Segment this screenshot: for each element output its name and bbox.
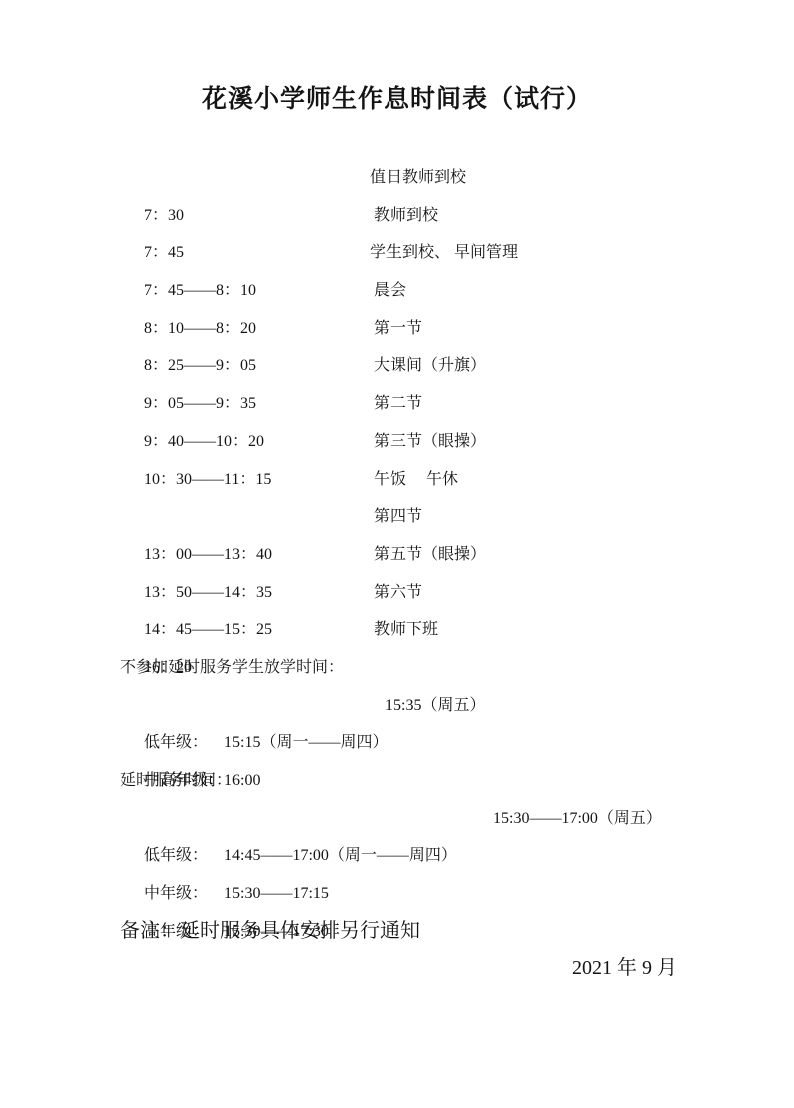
doc-date: 2021 年 9 月 xyxy=(120,950,794,988)
schedule-row: 14：45——15：25 第六节 xyxy=(120,574,794,612)
document-page: 花溪小学师生作息时间表（试行） 7：30 值日教师到校 7：45 教师到校 7：… xyxy=(0,0,794,1108)
extended-row: 中年级：15:30——17:15 xyxy=(120,837,794,875)
time-range: 15:30——17:00（周五） xyxy=(493,800,662,838)
dismissal-row: 中高年级：16:00 xyxy=(120,724,794,762)
dismissal-heading: 不参加延时服务学生放学时间： xyxy=(120,649,794,687)
schedule-row: 8：25——9：05 第一节 xyxy=(120,310,794,348)
activity-cell: 第一节 xyxy=(370,310,422,348)
activity-cell: 第五节（眼操） xyxy=(370,536,486,574)
schedule-row: 7：45 教师到校 xyxy=(120,197,794,235)
activity-cell: 第三节（眼操） xyxy=(370,423,486,461)
activity-cell: 午饭 午休 xyxy=(370,461,458,499)
schedule-row: 8：10——8：20 晨会 xyxy=(120,272,794,310)
activity-cell: 第二节 xyxy=(370,385,422,423)
schedule-row: 午饭 午休 xyxy=(120,461,794,499)
activity-cell: 学生到校、 早间管理 xyxy=(370,234,518,272)
schedule-row: 10：30——11：15 第三节（眼操） xyxy=(120,423,794,461)
activity-cell: 教师下班 xyxy=(370,611,438,649)
time-range: 15:30——17:30 xyxy=(224,923,329,940)
activity-cell: 晨会 xyxy=(370,272,406,310)
activity-cell: 第四节 xyxy=(370,498,422,536)
extended-row: 低年级：14:45——17:00（周一——周四） 15:30——17:00（周五… xyxy=(120,800,794,838)
schedule-row: 9：05——9：35 大课间（升旗） xyxy=(120,347,794,385)
schedule-row: 7：30 值日教师到校 xyxy=(120,159,794,197)
schedule-row: 13：50——14：35 第五节（眼操） xyxy=(120,536,794,574)
extended-row: 高年级：15:30——17:30 xyxy=(120,875,794,913)
grade-label: 高年级： xyxy=(144,913,224,951)
dismissal-row: 低年级：15:15（周一——周四） 15:35（周五） xyxy=(120,687,794,725)
schedule-row: 9：40——10：20 第二节 xyxy=(120,385,794,423)
activity-cell: 值日教师到校 xyxy=(370,159,466,197)
activity-cell: 第六节 xyxy=(370,574,422,612)
document-body: 7：30 值日教师到校 7：45 教师到校 7：45——8：10 学生到校、 早… xyxy=(0,159,794,988)
schedule-row: 13：00——13：40 第四节 xyxy=(120,498,794,536)
time-range: 15:35（周五） xyxy=(385,687,485,725)
activity-cell: 大课间（升旗） xyxy=(370,347,486,385)
schedule-row: 7：45——8：10 学生到校、 早间管理 xyxy=(120,234,794,272)
page-title: 花溪小学师生作息时间表（试行） xyxy=(0,84,794,116)
extended-heading: 延时服务时间： xyxy=(120,762,794,800)
schedule-row: 16：20 教师下班 xyxy=(120,611,794,649)
activity-cell: 教师到校 xyxy=(370,197,438,235)
